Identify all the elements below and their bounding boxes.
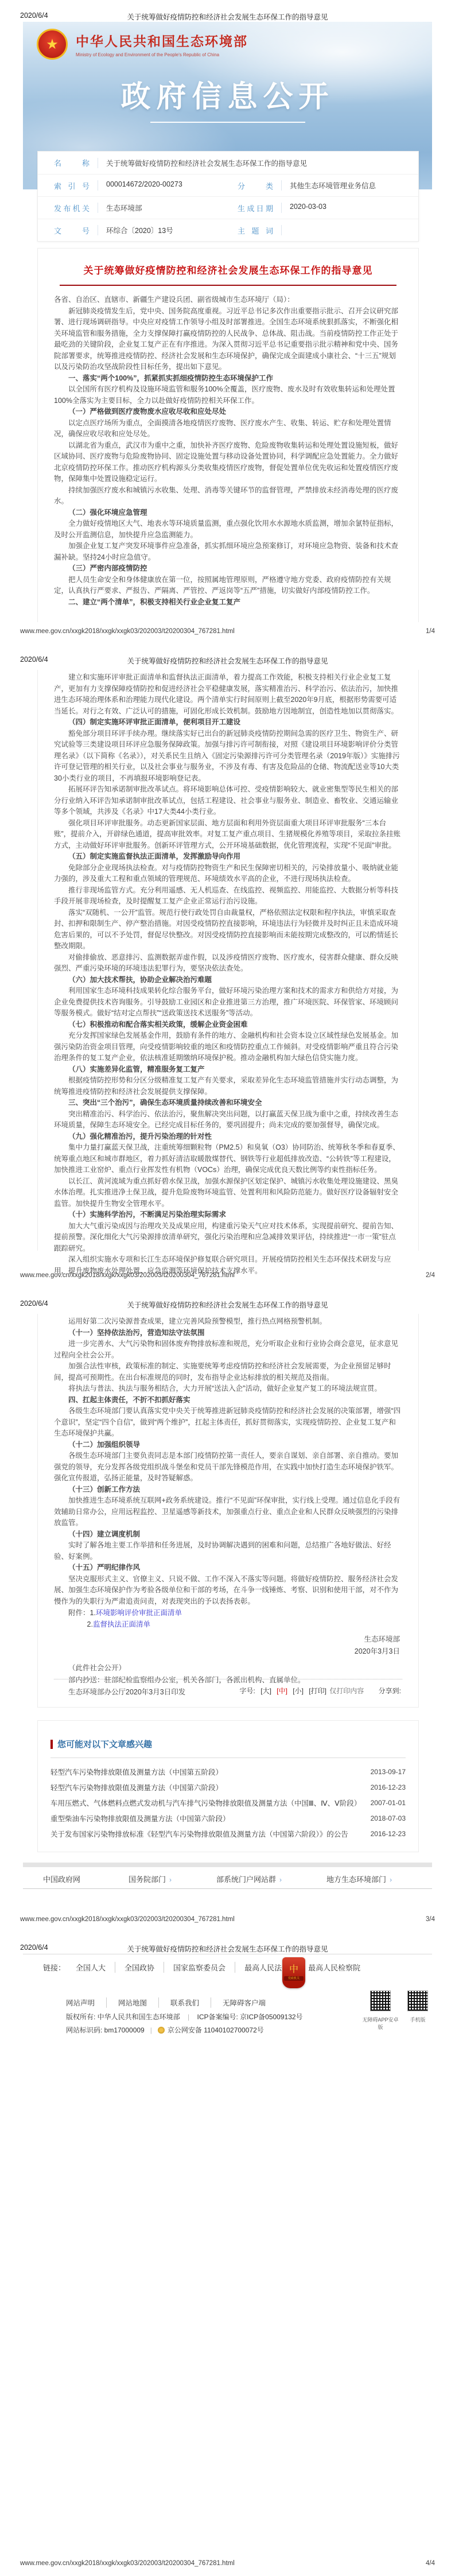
print-footer-url: www.mee.gov.cn/xxgk2018/xxgk/xxgk03/2020…	[20, 1272, 235, 1279]
article-paragraph: 二、建立“两个清单”，积极支持相关行业企业复工复产	[54, 597, 402, 608]
qr-label-accessibility: 无障碍APP安卓版	[360, 2016, 400, 2031]
print-header: 2020/6/4 关于统筹做好疫情防控和经济社会发展生态环保工作的指导意见	[20, 1943, 435, 1953]
related-article-row[interactable]: 重型柴油车污染物排放限值及测量方法（中国第六阶段） 2018-07-03	[50, 1810, 406, 1826]
article-paragraph: （五）制定实施监督执法正面清单，发挥激励导向作用	[54, 851, 402, 863]
article-paragraph: （六）加大技术帮扶，协助企业解决治污难题	[54, 975, 402, 986]
meta-label-date: 生成日期	[238, 203, 273, 214]
dotted-divider	[54, 1679, 402, 1679]
article-paragraph: 一、落实“两个100%”，抓紧抓实抓细疫情防控生态环境保护工作	[54, 373, 402, 385]
article-title: 关于统筹做好疫情防控和经济社会发展生态环保工作的指导意见	[54, 262, 402, 277]
ministry-name-block: 中华人民共和国生态环境部 Ministry of Ecology and Env…	[76, 31, 248, 57]
related-title-row: 您可能对以下文章感兴趣	[50, 1738, 406, 1750]
gray-divider-bar	[23, 1863, 432, 1867]
article-paragraph: 各级生态环境部门主要负责同志是本部门疫情防控第一责任人，要亲自谋划、亲自部署、亲…	[54, 1450, 402, 1484]
badge-emblem-icon: 中	[289, 1965, 298, 1975]
article-body-page2: 建立和实施环评审批正面清单和监督执法正面清单，着力提高工作效能，积极支持相关行业…	[54, 672, 402, 1277]
print-page-4: 2020/6/4 关于统筹做好疫情防控和经济社会发展生态环保工作的指导意见 链接…	[0, 1932, 455, 2576]
article-paragraph: 落实“双随机、一公开”监管。规范行使行政处罚自由裁量权，严格依照法定权限和程序执…	[54, 907, 402, 952]
print-footer-url: www.mee.gov.cn/xxgk2018/xxgk/xxgk03/2020…	[20, 1916, 235, 1923]
article-paragraph: 实时了解各地主要工作举措和任务进展，及时协调解决遇到的困难和问题，总结推广各地好…	[54, 1540, 402, 1562]
meta-label-class: 分类	[238, 180, 273, 191]
site-nav-label[interactable]: 部系统门户网站群	[216, 1875, 276, 1884]
font-size-large-button[interactable]: [大]	[260, 1687, 271, 1695]
icp-text: ICP备案编号: 京ICP备05009132号	[197, 2013, 302, 2021]
site-footer-link[interactable]: 网站地图	[106, 1997, 147, 2008]
article-paragraph: （十五）严明纪律作风	[54, 1562, 402, 1574]
nav-bottom-line	[23, 1888, 432, 1889]
meta-label-name: 名称	[54, 157, 90, 168]
friend-link[interactable]: 全国政协	[115, 1962, 154, 1973]
friend-links-row: 链接： 全国人大 全国政协 国家监察委员会 最高人民法院 最高人民检察院	[43, 1962, 360, 1973]
print-header-title: 关于统筹做好疫情防控和经济社会发展生态环保工作的指导意见	[55, 655, 400, 666]
friend-links-label: 链接：	[43, 1962, 65, 1973]
article-paragraph: （十）实施科学治污，不断满足污染治理实际需求	[54, 1209, 402, 1221]
article-paragraph: 将执法与普法、执法与服务相结合，大力开展“送法入企”活动，做好企业复产复工的环境…	[54, 1383, 402, 1395]
site-footer-link[interactable]: 无障碍客户端	[211, 1997, 266, 2008]
print-header-title: 关于统筹做好疫情防控和经济社会发展生态环保工作的指导意见	[55, 1299, 400, 1310]
site-nav-label[interactable]: 地方生态环境部门	[326, 1875, 386, 1884]
article-paragraph: （三）严密内部疫情防控	[54, 563, 402, 575]
font-size-small-button[interactable]: [小]	[293, 1687, 304, 1695]
attachments-line-1: 附件：1.环境影响评价审批正面清单	[54, 1607, 402, 1619]
article-paragraph: （九）强化精准治污，提升污染治理的针对性	[54, 1131, 402, 1143]
article-paragraph: 建立和实施环评审批正面清单和监督执法正面清单，着力提高工作效能，积极支持相关行业…	[54, 672, 402, 717]
site-code-text: 网站标识码: bm17000009	[66, 2025, 145, 2035]
print-header-date: 2020/6/4	[20, 11, 48, 20]
article-paragraph: 加强企业复工复产突发环境事件应急准备，抓实抓细环境应急预案修订，对环境应急物资、…	[54, 541, 402, 563]
meta-row-name: 名称 关于统筹做好疫情防控和经济社会发展生态环保工作的指导意见	[38, 152, 418, 174]
article-paragraph: 全力做好疫情地区大气、地表水等环境质量监测，重点强化饮用水水源地水质监测，增加余…	[54, 518, 402, 541]
meta-value-org: 生态环境部	[98, 203, 234, 213]
meta-label-index: 索引号	[54, 180, 90, 191]
site-nav-link[interactable]: 部系统门户网站群›	[216, 1873, 282, 1884]
chevron-right-icon: ›	[169, 1876, 172, 1884]
attachment-1-number: 1.	[90, 1609, 96, 1617]
attachment-link-1[interactable]: 环境影响评价审批正面清单	[96, 1609, 182, 1617]
meta-label-docno: 文号	[54, 225, 90, 236]
friend-link[interactable]: 最高人民法院	[235, 1962, 289, 1973]
related-article-row[interactable]: 轻型汽车污染物排放限值及测量方法（中国第六阶段） 2016-12-23	[50, 1779, 406, 1795]
print-footer-page-number: 2/4	[426, 1272, 435, 1279]
print-header-title: 关于统筹做好疫情防控和经济社会发展生态环保工作的指导意见	[55, 11, 400, 22]
article-paragraph: 各省、自治区、直辖市、新疆生产建设兵团、副省级城市生态环境厅（局）：	[54, 294, 402, 306]
attachments-prefix: 附件：	[68, 1609, 90, 1617]
qr-code-mobile	[407, 1991, 428, 2011]
article-paragraph: 加强合法性审核，政策标准的制定、实施要统筹考虑疫情防控和经济社会发展需要，为企业…	[54, 1361, 402, 1383]
print-footer-page-number: 1/4	[426, 628, 435, 635]
document-meta-table: 名称 关于统筹做好疫情防控和经济社会发展生态环保工作的指导意见 索引号 0000…	[37, 151, 419, 242]
article-paragraph: 以定点医疗场所为重点，全面摸清各地疫情医疗废物、医疗废水产生、收集、转运、贮存和…	[54, 418, 402, 440]
article-paragraph: （十一）坚持依法治污，营造知法守法氛围	[54, 1328, 402, 1339]
article-paragraph: 突出精准治污、科学治污、依法治污，聚焦解决突出问题，以打赢蓝天保卫战为重中之重，…	[54, 1109, 402, 1131]
meta-label-org: 发布机关	[54, 203, 90, 214]
article-paragraph: 把人员生命安全和身体健康放在第一位，按照属地管理原则，严格遵守地方党委、政府疫情…	[54, 575, 402, 597]
copyright-text: 版权所有: 中华人民共和国生态环境部	[66, 2013, 180, 2021]
related-article-title[interactable]: 车用压燃式、气体燃料点燃式发动机与汽车排气污染物排放限值及测量方法（中国Ⅲ、Ⅳ、…	[50, 1798, 368, 1808]
related-article-date: 2018-07-03	[371, 1814, 406, 1822]
share-label: 分享到:	[379, 1687, 401, 1695]
article-body-page1: 各省、自治区、直辖市、新疆生产建设兵团、副省级城市生态环境厅（局）： 新冠肺炎疫…	[54, 294, 402, 608]
signature-org: 生态环境部	[54, 1634, 402, 1646]
related-article-date: 2013-09-17	[371, 1768, 406, 1776]
related-article-row[interactable]: 轻型汽车污染物排放限值及测量方法（中国第五阶段） 2013-09-17	[50, 1764, 406, 1779]
related-article-date: 2007-01-01	[371, 1799, 406, 1807]
meta-value-index: 000014672/2020-00273	[98, 180, 234, 191]
article-paragraph: 拓展环评告知承诺制审批改革试点。将环境影响总体可控、受疫情影响较大、就业密集型等…	[54, 784, 402, 818]
article-paragraph: 持续加强医疗废水和城镇污水收集、处理、消毒等关键环节的监督管理，严禁排放未经消毒…	[54, 485, 402, 507]
article-paragraph: 以湖北省为重点，武汉市为重中之重，加快补齐医疗废物、危险废物收集转运和处理处置设…	[54, 440, 402, 485]
friend-link[interactable]: 最高人民检察院	[298, 1962, 360, 1973]
related-divider	[50, 1758, 406, 1758]
related-article-title[interactable]: 重型柴油车污染物排放限值及测量方法（中国第六阶段）	[50, 1813, 237, 1824]
related-article-title[interactable]: 关于发布国家污染物排放标准《轻型汽车污染物排放限值及测量方法（中国第六阶段）》的…	[50, 1829, 355, 1839]
note-cc: 部内抄送：驻部纪检监察组办公室，机关各部门，各派出机构、直属单位。	[54, 1674, 402, 1686]
meta-value-class: 其他生态环境管理业务信息	[281, 180, 376, 191]
note-public: （此件社会公开）	[54, 1662, 402, 1674]
related-article-date: 2016-12-23	[371, 1783, 406, 1791]
article-paragraph: （二）强化环境应急管理	[54, 507, 402, 519]
site-nav-row: 中国政府网 国务院部门› 部系统门户网站群› 地方生态环境部门›	[43, 1873, 437, 1884]
print-page-3: 2020/6/4 关于统筹做好疫情防控和经济社会发展生态环保工作的指导意见 运用…	[0, 1288, 455, 1932]
print-page-2: 2020/6/4 关于统筹做好疫情防控和经济社会发展生态环保工作的指导意见 建立…	[0, 644, 455, 1288]
article-card-page2: 建立和实施环评审批正面清单和监督执法正面清单，着力提高工作效能，积极支持相关行业…	[37, 670, 419, 1251]
meta-value-subject	[281, 225, 290, 235]
print-header: 2020/6/4 关于统筹做好疫情防控和经济社会发展生态环保工作的指导意见	[20, 655, 435, 665]
meta-row-org-date: 发布机关 生态环境部 生成日期 2020-03-03	[38, 196, 418, 219]
print-footer-url: www.mee.gov.cn/xxgk2018/xxgk/xxgk03/2020…	[20, 2560, 235, 2567]
site-footer-links-row: 网站声明 网站地图 联系我们 无障碍客户端	[66, 1997, 266, 2008]
friend-link[interactable]: 全国人大	[76, 1962, 106, 1973]
print-header: 2020/6/4 关于统筹做好疫情防控和经济社会发展生态环保工作的指导意见	[20, 1299, 435, 1309]
meta-row-docno-subject: 文号 环综合〔2020〕13号 主题词	[38, 219, 418, 241]
article-card-page3: 运用好第二次污染源普查成果，建立完善风险预警模型，推行热点网格预警机制。 （十一…	[37, 1314, 419, 1708]
site-nav-label[interactable]: 中国政府网	[43, 1875, 80, 1884]
article-paragraph: （十四）建立调度机制	[54, 1529, 402, 1541]
pipe-divider: |	[188, 2013, 189, 2021]
article-paragraph: 对偷排偷放、恶意排污、监测数据弄虚作假，以及涉疫情医疗废物、医疗废水，侵害群众健…	[54, 952, 402, 975]
print-footer-page-number: 3/4	[426, 1916, 435, 1923]
friend-links-list: 全国人大 全国政协 国家监察委员会 最高人民法院 最高人民检察院	[76, 1962, 360, 1973]
meta-label-subject: 主题词	[238, 225, 273, 236]
article-body-page3: 运用好第二次污染源普查成果，建立完善风险预警模型，推行热点网格预警机制。 （十一…	[54, 1316, 402, 1607]
related-article-row[interactable]: 关于发布国家污染物排放标准《轻型汽车污染物排放限值及测量方法（中国第六阶段）》的…	[50, 1826, 406, 1841]
meta-value-docno: 环综合〔2020〕13号	[98, 225, 234, 235]
print-button[interactable]: [打印]	[309, 1687, 326, 1695]
pipe-divider: |	[150, 2026, 152, 2034]
chevron-right-icon: ›	[390, 1876, 392, 1884]
red-bar-icon	[50, 1740, 53, 1749]
site-nav-link[interactable]: 中国政府网	[43, 1873, 84, 1884]
print-preview-document: 2020/6/4 关于统筹做好疫情防控和经济社会发展生态环保工作的指导意见 ★ …	[0, 0, 455, 2576]
article-paragraph: 三、突出“三个治污”，确保生态环境质量持续改善和环境安全	[54, 1097, 402, 1109]
print-page-1: 2020/6/4 关于统筹做好疫情防控和经济社会发展生态环保工作的指导意见 ★ …	[0, 0, 455, 644]
article-paragraph: 各级生态环境部门要认真落实党中央关于统筹推进新冠肺炎疫情防控和经济社会发展的决策…	[54, 1406, 402, 1440]
article-paragraph: 集中力量打赢蓝天保卫战，注重统筹细颗粒物（PM2.5）和臭氧（O3）协同防治、统…	[54, 1142, 402, 1176]
print-header: 2020/6/4 关于统筹做好疫情防控和经济社会发展生态环保工作的指导意见	[20, 11, 435, 21]
font-size-label: 字号:	[240, 1687, 255, 1695]
related-article-date: 2016-12-23	[371, 1830, 406, 1838]
article-paragraph: 以全国所有医疗机构及设施环境监管和服务100%全覆盖，医疗废物、废水及时有效收集…	[54, 384, 402, 406]
title-divider-rule	[60, 285, 396, 286]
site-footer-link[interactable]: 联系我们	[158, 1997, 199, 2008]
banner-title: 政府信息公开	[23, 72, 432, 115]
badge-band-text: 党政机关	[284, 1976, 304, 1981]
font-size-toolbar: 字号: [大] [中] [小] [打印] 仅打印内容 分享到:	[240, 1686, 401, 1696]
article-paragraph: 加快推进生态环境系统互联网+政务系统建设。推行“不见面”环保审批，实行线上受理。…	[54, 1495, 402, 1529]
qr-code-accessibility-app	[370, 1991, 391, 2011]
qr-label-mobile: 手机版	[398, 2016, 438, 2023]
article-paragraph: （十三）创新工作方法	[54, 1484, 402, 1496]
print-header-date: 2020/6/4	[20, 655, 48, 664]
related-article-title[interactable]: 轻型汽车污染物排放限值及测量方法（中国第五阶段）	[50, 1767, 230, 1777]
print-footer: www.mee.gov.cn/xxgk2018/xxgk/xxgk03/2020…	[20, 1916, 435, 1924]
article-paragraph: 新冠肺炎疫情发生后，党中央、国务院高度重视。习近平总书记多次作出重要指示批示、召…	[54, 306, 402, 373]
site-nav-link[interactable]: 国务院部门›	[129, 1873, 172, 1884]
article-paragraph: 以长江、黄河流域为重点抓好碧水保卫战，加强水源保护区划定保护、城镇污水收集处理设…	[54, 1176, 402, 1210]
attachments-line-2: 2.监督执法正面清单	[54, 1619, 402, 1630]
ministry-name-cn: 中华人民共和国生态环境部	[76, 31, 248, 50]
print-footer: www.mee.gov.cn/xxgk2018/xxgk/xxgk03/2020…	[20, 1272, 435, 1280]
article-paragraph: 加大大气重污染成因与治理攻关及成果应用，构建重污染天气应对技术体系，实现提前研究…	[54, 1221, 402, 1255]
article-paragraph: 进一步完善水、大气污染物和固体废弃物排放标准和规范，充分听取企业和行业协会商会意…	[54, 1339, 402, 1361]
site-footer-link[interactable]: 网站声明	[66, 1997, 95, 2008]
banner-underline	[150, 122, 305, 123]
site-nav-label[interactable]: 国务院部门	[129, 1875, 166, 1884]
print-content-only-button[interactable]: 仅打印内容	[329, 1687, 364, 1695]
article-paragraph: （一）严格做到医疗废物废水应收尽收和应处尽处	[54, 406, 402, 418]
police-badge-icon	[158, 2027, 165, 2034]
friend-link[interactable]: 国家监察委员会	[164, 1962, 225, 1973]
article-paragraph: （八）实施差异化监管，精准服务复工复产	[54, 1064, 402, 1076]
chevron-right-icon: ›	[279, 1876, 282, 1884]
print-header-date: 2020/6/4	[20, 1943, 48, 1952]
related-article-row[interactable]: 车用压燃式、气体燃料点燃式发动机与汽车排气污染物排放限值及测量方法（中国Ⅲ、Ⅳ、…	[50, 1795, 406, 1810]
article-paragraph: 豁免部分项目环评手续办理。继续落实好已出台的新冠肺炎疫情防控期间急需的医疗卫生、…	[54, 728, 402, 785]
attachment-link-2[interactable]: 监督执法正面清单	[93, 1620, 150, 1628]
article-paragraph: （四）制定实施环评审批正面清单，便利项目开工建设	[54, 717, 402, 728]
print-footer: www.mee.gov.cn/xxgk2018/xxgk/xxgk03/2020…	[20, 2560, 435, 2568]
article-paragraph: 推行非现场监管方式。充分利用遥感、无人机巡查、在线监控、视频监控、用能监控、大数…	[54, 885, 402, 907]
copyright-row: 版权所有: 中华人民共和国生态环境部 | ICP备案编号: 京ICP备05009…	[66, 2012, 303, 2022]
article-paragraph: 坚决克服形式主义、官僚主义、只说不做、工作不深入不落实等问题。将做好疫情防控、服…	[54, 1574, 402, 1608]
party-gov-badge-icon: 中 党政机关	[282, 1957, 305, 1988]
print-header-date: 2020/6/4	[20, 1299, 48, 1308]
article-paragraph: （七）积极推动和配合落实相关政策，缓解企业资金困难	[54, 1019, 402, 1031]
meta-value-name: 关于统筹做好疫情防控和经济社会发展生态环保工作的指导意见	[98, 158, 307, 168]
print-header-title: 关于统筹做好疫情防控和经济社会发展生态环保工作的指导意见	[55, 1943, 400, 1954]
meta-value-date: 2020-03-03	[281, 203, 326, 213]
attachment-2-number: 2.	[87, 1620, 93, 1628]
article-paragraph: （十二）加强组织领导	[54, 1440, 402, 1451]
meta-row-index-class: 索引号 000014672/2020-00273 分类 其他生态环境管理业务信息	[38, 174, 418, 196]
article-paragraph: 强化项目环评审批服务。动态更新国家层面、地方层面和利用外资层面重大项目环评审批服…	[54, 818, 402, 852]
signature-date: 2020年3月3日	[54, 1646, 402, 1658]
site-code-row: 网站标识码: bm17000009 | 京公网安备 11040102700072…	[66, 2025, 264, 2035]
article-paragraph: 充分发挥国家绿色发展基金作用，鼓励有条件的地方、金融机构和社会资本设立区域性绿色…	[54, 1030, 402, 1064]
footer-top-line	[23, 1954, 432, 1954]
article-paragraph: 免除部分企业现场执法检查。对与疫情防控物资生产和民生保障密切相关的，污染排放量小…	[54, 863, 402, 885]
font-size-medium-button[interactable]: [中]	[277, 1687, 287, 1695]
print-footer-page-number: 4/4	[426, 2560, 435, 2567]
print-footer: www.mee.gov.cn/xxgk2018/xxgk/xxgk03/2020…	[20, 628, 435, 636]
print-footer-url: www.mee.gov.cn/xxgk2018/xxgk/xxgk03/2020…	[20, 628, 235, 635]
related-article-title[interactable]: 轻型汽车污染物排放限值及测量方法（中国第六阶段）	[50, 1782, 230, 1793]
police-record-text: 京公网安备 11040102700072号	[168, 2025, 264, 2035]
ministry-name-en: Ministry of Ecology and Environment of t…	[76, 52, 248, 57]
site-nav-link[interactable]: 地方生态环境部门›	[326, 1873, 392, 1884]
article-paragraph: 运用好第二次污染源普查成果，建立完善风险预警模型，推行热点网格预警机制。	[54, 1316, 402, 1328]
article-paragraph: 四、扛起主体责任，不折不扣抓好落实	[54, 1395, 402, 1406]
related-list: 轻型汽车污染物排放限值及测量方法（中国第五阶段） 2013-09-17 轻型汽车…	[50, 1764, 406, 1841]
article-paragraph: 根据疫情防控形势和分区分级精准复工复产有关要求，采取差异化生态环境监管措施并实行…	[54, 1075, 402, 1097]
article-card-page1: 关于统筹做好疫情防控和经济社会发展生态环保工作的指导意见 各省、自治区、直辖市、…	[37, 248, 419, 622]
article-paragraph: 利用国家生态环境科技成果转化综合服务平台，做好环境污染治理方案和技术的需求方和供…	[54, 986, 402, 1019]
related-articles-card: 您可能对以下文章感兴趣 轻型汽车污染物排放限值及测量方法（中国第五阶段） 201…	[37, 1720, 419, 1852]
national-emblem-icon: ★	[37, 29, 68, 60]
related-title: 您可能对以下文章感兴趣	[57, 1738, 152, 1750]
